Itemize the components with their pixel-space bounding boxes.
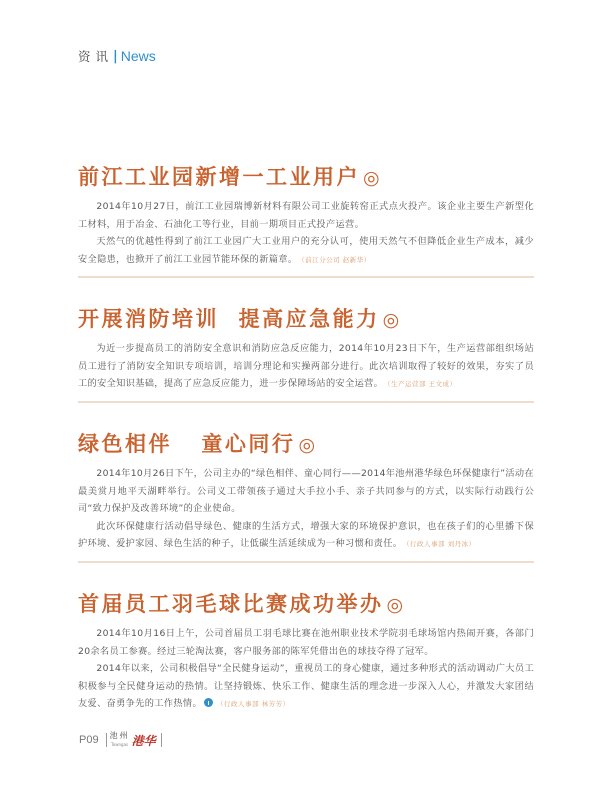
- section-separator: |: [113, 49, 118, 64]
- paragraph: 天然气的优越性得到了前江工业园广大工业用户的充分认可，使用天然气不但降低企业生产…: [78, 233, 534, 269]
- page-number: P09: [79, 734, 99, 746]
- article-title: 开展消防培训 提高应急能力◎: [78, 305, 534, 334]
- footer-separator: [106, 733, 107, 747]
- paragraph: 2014年以来，公司积极倡导“全民健身运动”，重视员工的身心健康，通过多种形式的…: [78, 660, 534, 714]
- section-title-cn: 资讯: [78, 47, 113, 65]
- article-body: 2014年10月27日，前江工业园瑞博新材料有限公司工业旋转窑正式点火投产。该企…: [78, 198, 534, 269]
- paragraph: 此次环保健康行活动倡导绿色、健康的生活方式，增强大家的环境保护意识，也在孩子们的…: [78, 518, 534, 554]
- bullseye-icon: ◎: [298, 434, 317, 456]
- page-footer: P09 池州 Towngas 港华: [79, 731, 165, 749]
- section-header: 资讯 | News: [78, 47, 156, 65]
- byline: （生产运营部 王文成）: [387, 380, 456, 388]
- article-title: 首届员工羽毛球比赛成功举办◎: [78, 590, 534, 619]
- paragraph-text: 为近一步提高员工的消防安全意识和消防应急反应能力，2014年10月23日下午，生…: [78, 343, 534, 389]
- article-body: 2014年10月16日上午，公司首届员工羽毛球比赛在池州职业技术学院羽毛球场馆内…: [78, 625, 534, 714]
- bullseye-icon: ◎: [383, 309, 402, 331]
- end-mark-icon: [204, 698, 213, 707]
- divider: [78, 401, 534, 403]
- article-title: 绿色相伴 童心同行◎: [78, 430, 534, 459]
- article-qianjiang: 前江工业园新增一工业用户◎ 2014年10月27日，前江工业园瑞博新材料有限公司…: [78, 163, 534, 278]
- article-badminton: 首届员工羽毛球比赛成功举办◎ 2014年10月16日上午，公司首届员工羽毛球比赛…: [78, 590, 534, 714]
- bullseye-icon: ◎: [387, 594, 406, 616]
- logo-cn: 池州: [110, 731, 130, 740]
- divider: [78, 276, 534, 278]
- byline: （前江分公司 赵新华）: [301, 256, 370, 264]
- brand-calligraphy: 港华: [132, 732, 156, 749]
- paragraph: 2014年10月27日，前江工业园瑞博新材料有限公司工业旋转窑正式点火投产。该企…: [78, 198, 534, 233]
- towngas-logo: 池州 Towngas: [110, 731, 130, 749]
- article-body: 2014年10月26日下午，公司主办的“绿色相伴、童心同行——2014年池州港华…: [78, 465, 534, 554]
- article-title: 前江工业园新增一工业用户◎: [78, 163, 534, 192]
- article-title-text: 开展消防培训 提高应急能力: [78, 307, 380, 331]
- article-title-text: 首届员工羽毛球比赛成功举办: [78, 592, 384, 616]
- logo-en: Towngas: [111, 740, 128, 749]
- divider: [78, 561, 534, 563]
- article-body: 为近一步提高员工的消防安全意识和消防应急反应能力，2014年10月23日下午，生…: [78, 340, 534, 394]
- footer-separator: [161, 733, 162, 747]
- paragraph-text: 2014年以来，公司积极倡导“全民健身运动”，重视员工的身心健康，通过多种形式的…: [78, 663, 534, 709]
- article-title-text: 绿色相伴 童心同行: [78, 432, 295, 456]
- bullseye-icon: ◎: [363, 167, 382, 189]
- byline: （行政人事部 刘丹冰）: [406, 540, 475, 548]
- article-title-text: 前江工业园新增一工业用户: [78, 165, 360, 189]
- article-green-walk: 绿色相伴 童心同行◎ 2014年10月26日下午，公司主办的“绿色相伴、童心同行…: [78, 430, 534, 563]
- byline: （行政人事部 林芳芳）: [217, 700, 290, 708]
- article-fire-training: 开展消防培训 提高应急能力◎ 为近一步提高员工的消防安全意识和消防应急反应能力，…: [78, 305, 534, 403]
- paragraph: 为近一步提高员工的消防安全意识和消防应急反应能力，2014年10月23日下午，生…: [78, 340, 534, 394]
- paragraph: 2014年10月16日上午，公司首届员工羽毛球比赛在池州职业技术学院羽毛球场馆内…: [78, 625, 534, 660]
- paragraph: 2014年10月26日下午，公司主办的“绿色相伴、童心同行——2014年池州港华…: [78, 465, 534, 518]
- section-title-en: News: [121, 48, 156, 64]
